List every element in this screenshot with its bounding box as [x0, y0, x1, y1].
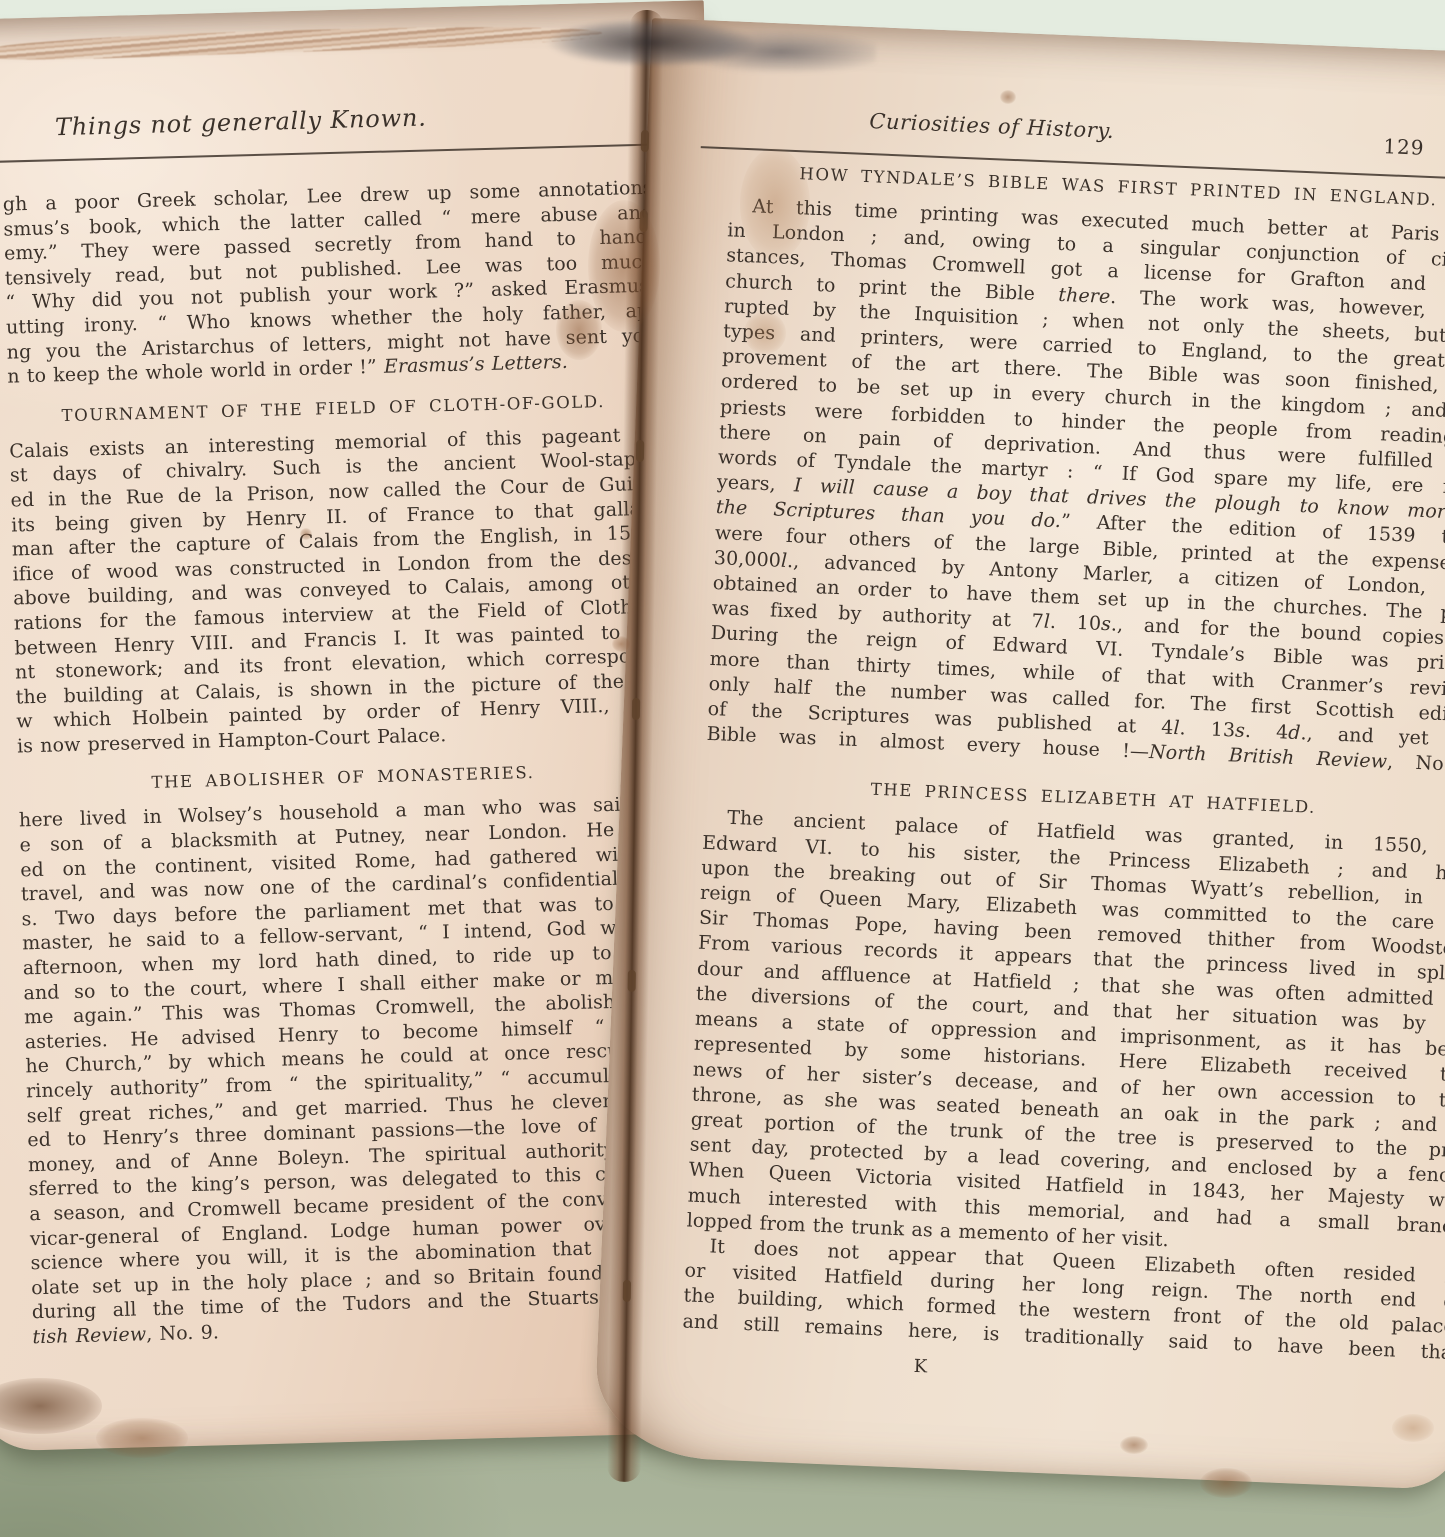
left-running-head: Things not generally Known. — [0, 102, 481, 143]
burnt-top-edge — [536, 18, 877, 74]
right-running-head: Curiosities of History. — [732, 103, 1253, 148]
gutter-stitch — [640, 210, 648, 232]
gutter-stitch — [628, 970, 636, 992]
signature-mark: K — [681, 1346, 1161, 1387]
section-heading-abolisher: THE ABOLISHER OF MONASTERIES. — [18, 758, 668, 799]
left-page-content: Things not generally Known. gh a poor Gr… — [0, 98, 682, 1350]
section-heading-tournament: TOURNAMENT OF THE FIELD OF CLOTH-OF-GOLD… — [8, 388, 658, 429]
abolisher-paragraph: here lived in Wolsey’s household a man w… — [19, 792, 683, 1350]
gutter-stitch — [632, 698, 640, 720]
tournament-paragraph: Calais exists an interesting memorial of… — [9, 422, 667, 759]
page-number: 129 — [1383, 134, 1425, 160]
left-header-row: Things not generally Known. — [0, 98, 651, 151]
gutter-stitch — [641, 130, 649, 152]
book-photo: Things not generally Known. gh a poor Gr… — [0, 0, 1445, 1537]
tyndale-paragraph: At this time printing was executed much … — [706, 193, 1445, 779]
right-page: Curiosities of History. 129 HOW TYNDALE’… — [593, 18, 1445, 1490]
gutter-stitch — [636, 440, 644, 462]
gutter-stitch — [623, 1280, 631, 1302]
hatfield-paragraph: The ancient palace of Hatfield was grant… — [686, 805, 1445, 1265]
left-opening-paragraph: gh a poor Greek scholar, Lee drew up som… — [3, 176, 658, 390]
right-page-content: Curiosities of History. 129 HOW TYNDALE’… — [681, 103, 1445, 1399]
